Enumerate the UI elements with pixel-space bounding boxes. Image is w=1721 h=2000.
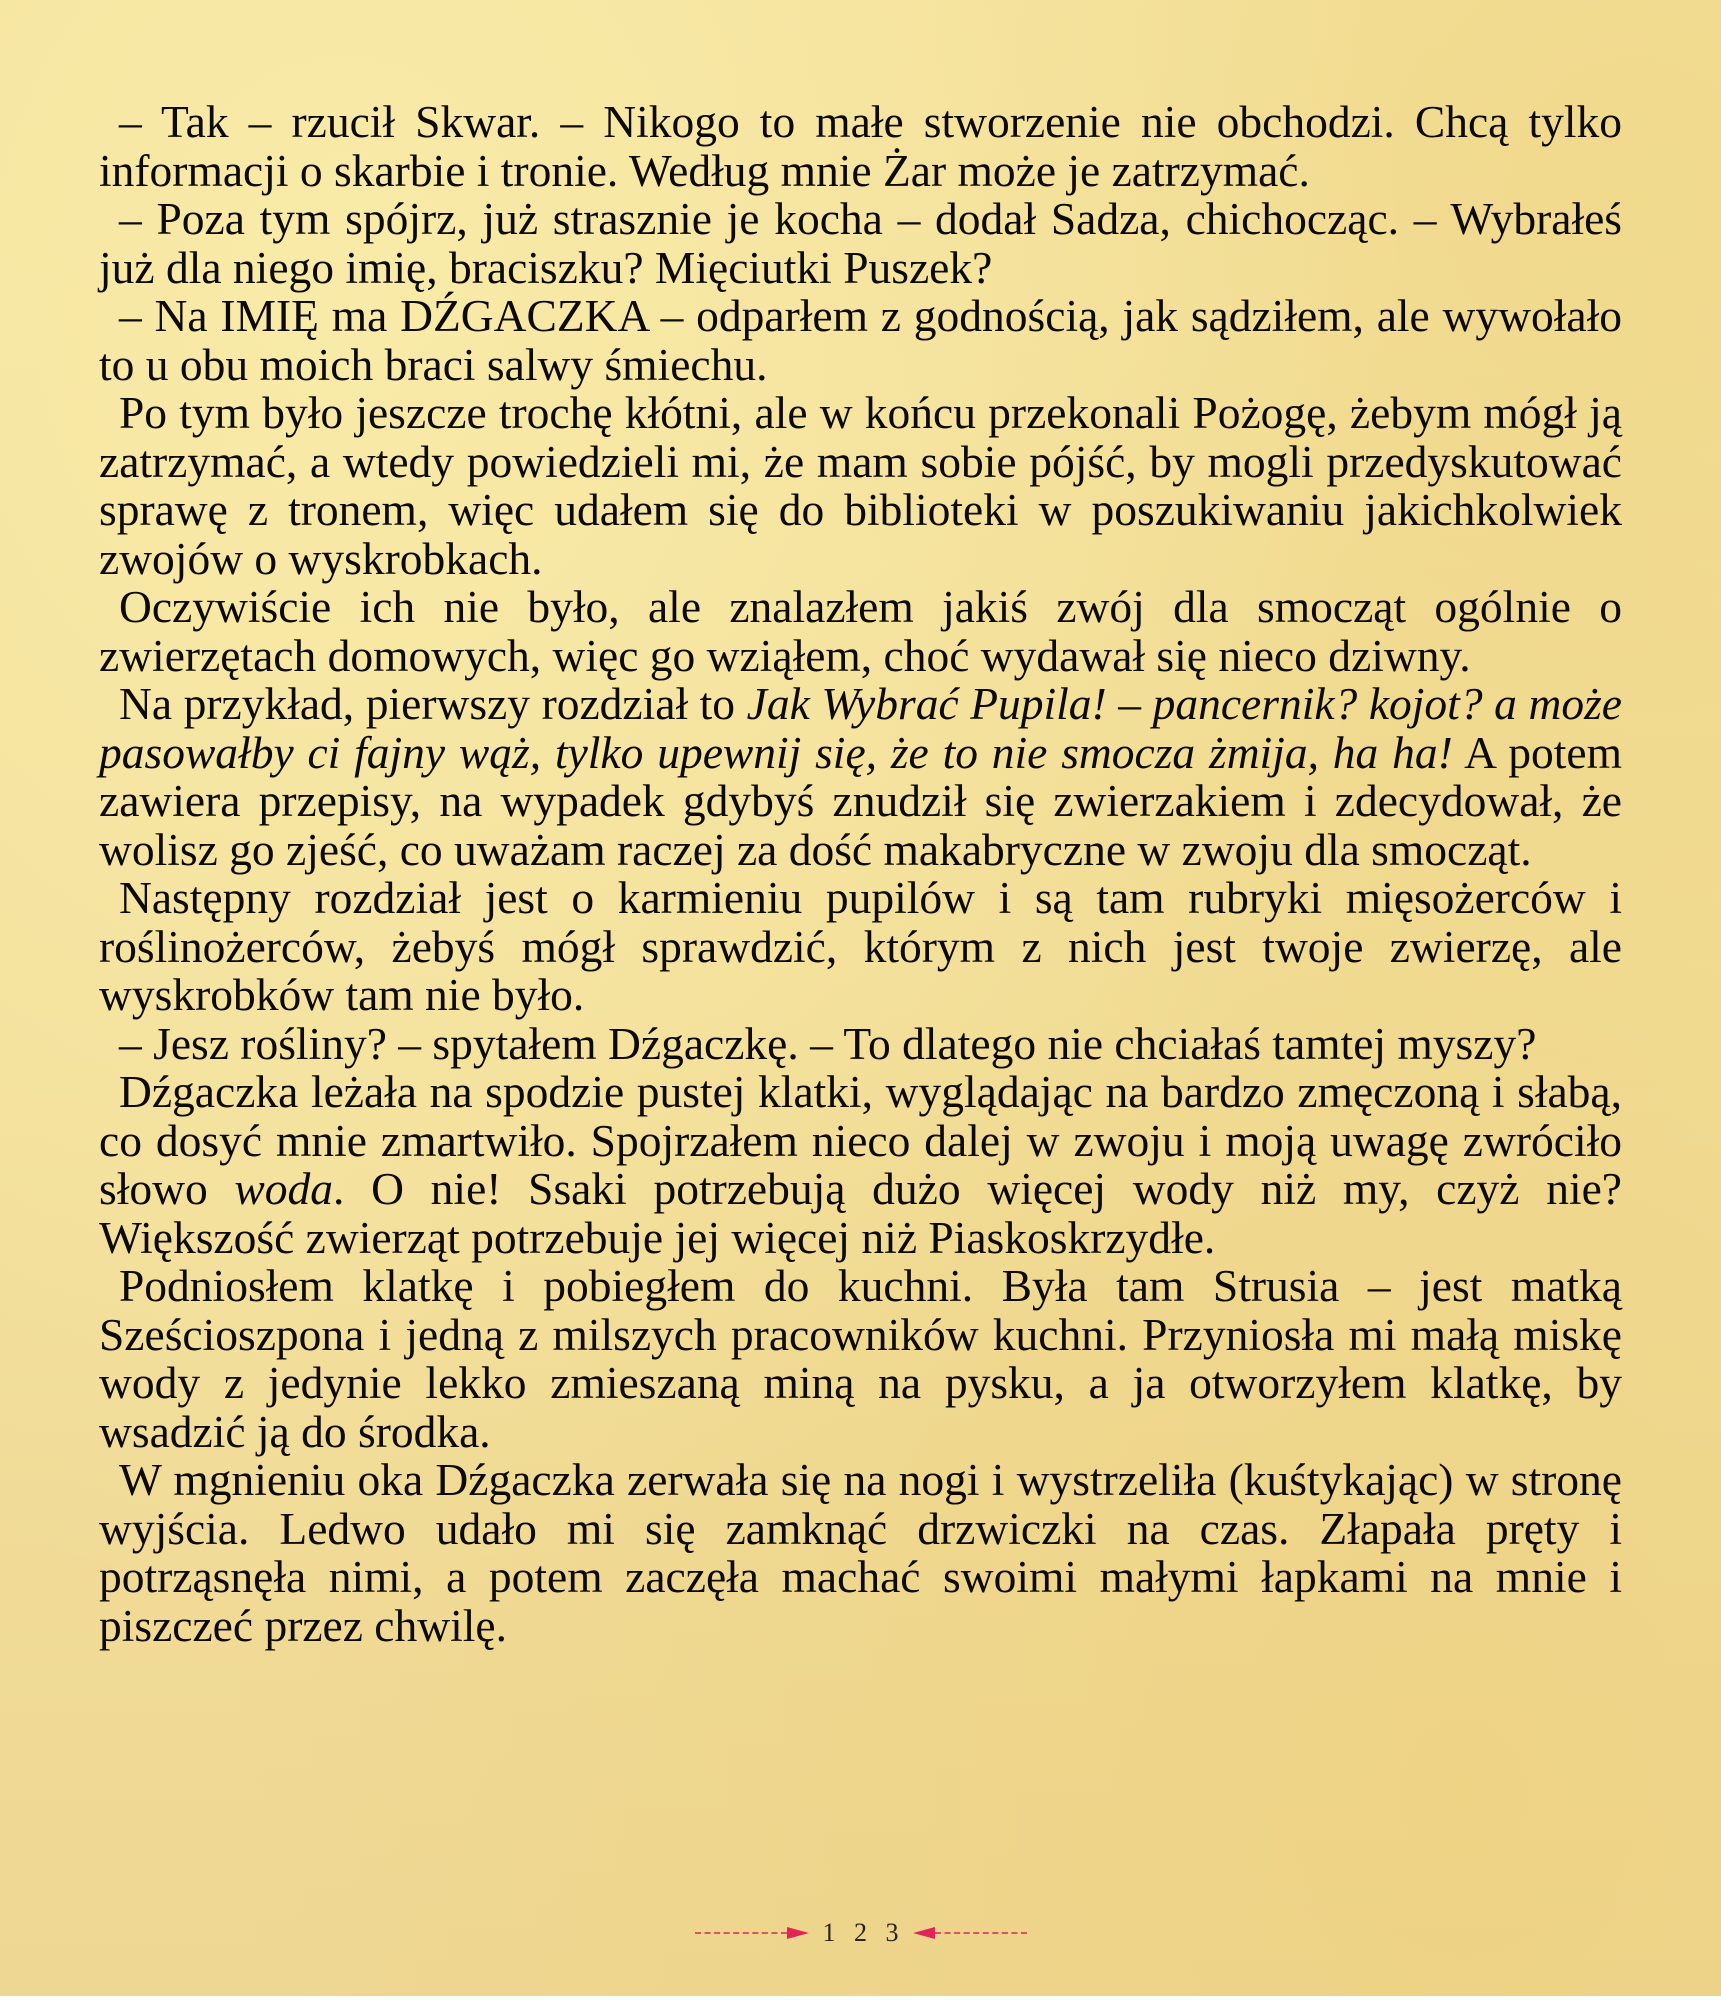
paragraph-text: Na przykład, pierwszy rozdział to [119,678,747,729]
paragraph-11: W mgnieniu oka Dźgaczka zerwała się na n… [99,1456,1622,1650]
ornament-arrow-left-icon [787,1927,809,1939]
page-body-text: – Tak – rzucił Skwar. – Nikogo to małe s… [99,98,1622,1650]
paragraph-text: – Jesz rośliny? – spytałem Dźgaczkę. – T… [119,1018,1536,1069]
ornament-arrow-right-icon [913,1927,935,1939]
paragraph-text: – Na IMIĘ ma DŹGACZKA – odparłem z godno… [99,290,1622,390]
paragraph-text: W mgnieniu oka Dźgaczka zerwała się na n… [99,1454,1622,1651]
paragraph-6: Na przykład, pierwszy rozdział to Jak Wy… [99,680,1622,874]
paragraph-3: – Na IMIĘ ma DŹGACZKA – odparłem z godno… [99,292,1622,389]
page-number-footer: 1 2 3 [0,1918,1721,1948]
paragraph-1: – Tak – rzucił Skwar. – Nikogo to małe s… [99,98,1622,195]
paragraph-2: – Poza tym spójrz, już strasznie je koch… [99,195,1622,292]
paragraph-text: Następny rozdział jest o karmieniu pupil… [99,872,1622,1020]
paragraph-7: Następny rozdział jest o karmieniu pupil… [99,874,1622,1020]
paragraph-10: Podniosłem klatkę i pobiegłem do kuchni.… [99,1262,1622,1456]
decorative-dashed-rule-left [695,1932,787,1934]
paragraph-text: – Tak – rzucił Skwar. – Nikogo to małe s… [99,96,1622,196]
page-number: 1 2 3 [817,1918,905,1948]
paragraph-4: Po tym było jeszcze trochę kłótni, ale w… [99,389,1622,583]
book-page: – Tak – rzucił Skwar. – Nikogo to małe s… [0,0,1721,1996]
paragraph-text: Podniosłem klatkę i pobiegłem do kuchni.… [99,1260,1622,1457]
emphasized-word-italic: woda [234,1163,333,1214]
paragraph-5: Oczywiście ich nie było, ale znalazłem j… [99,583,1622,680]
paragraph-text: Po tym było jeszcze trochę kłótni, ale w… [99,387,1622,584]
paragraph-text: Oczywiście ich nie było, ale znalazłem j… [99,581,1622,681]
paragraph-8: – Jesz rośliny? – spytałem Dźgaczkę. – T… [99,1020,1622,1069]
decorative-dashed-rule-right [935,1932,1027,1934]
paragraph-text: – Poza tym spójrz, już strasznie je koch… [99,193,1622,293]
paragraph-9: Dźgaczka leżała na spodzie pustej klatki… [99,1068,1622,1262]
